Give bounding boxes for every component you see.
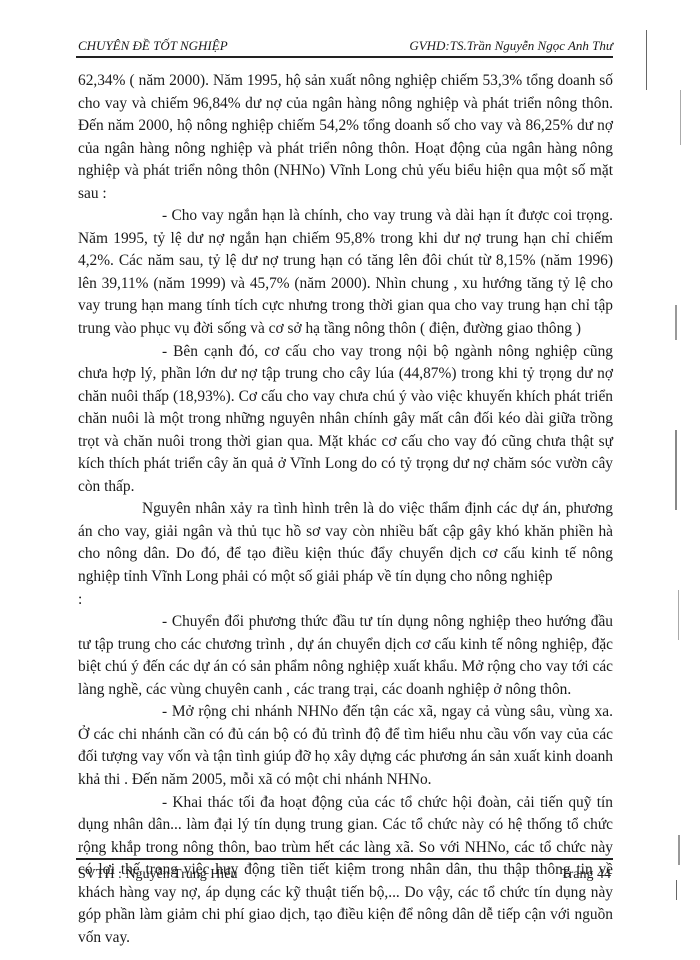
bullet-paragraph: - Chuyển đổi phương thức đầu tư tín dụng…: [78, 611, 613, 701]
scan-artifact: [678, 835, 680, 865]
page-header: CHUYÊN ĐỀ TỐT NGHIỆP GVHD:TS.Trần Nguyễn…: [76, 36, 613, 58]
document-body: 62,34% ( năm 2000). Năm 1995, hộ sản xuấ…: [78, 70, 613, 949]
scan-artifact: [646, 30, 647, 90]
paragraph: 62,34% ( năm 2000). Năm 1995, hộ sản xuấ…: [78, 70, 613, 205]
paragraph: :: [78, 589, 613, 612]
paragraph: Nguyên nhân xảy ra tình hình trên là do …: [78, 498, 613, 588]
bullet-paragraph: - Cho vay ngắn hạn là chính, cho vay tru…: [78, 205, 613, 340]
scan-artifact: [678, 590, 679, 640]
scan-artifact: [676, 880, 677, 900]
scan-artifact: [675, 305, 677, 340]
advisor-label: GVHD:TS.Trần Nguyễn Ngọc Anh Thư: [409, 38, 613, 54]
document-type-label: CHUYÊN ĐỀ TỐT NGHIỆP: [78, 38, 228, 54]
scan-artifact: [675, 430, 677, 510]
page-footer: SVTH : Nguyễn Trung Hiếu Trang 44: [76, 858, 613, 888]
page-number: Trang 44: [561, 867, 611, 883]
scan-artifact: [680, 90, 681, 145]
bullet-paragraph: - Mở rộng chi nhánh NHNo đến tận các xã,…: [78, 701, 613, 791]
student-label: SVTH : Nguyễn Trung Hiếu: [78, 867, 237, 883]
bullet-paragraph: - Bên cạnh đó, cơ cấu cho vay trong nội …: [78, 341, 613, 499]
